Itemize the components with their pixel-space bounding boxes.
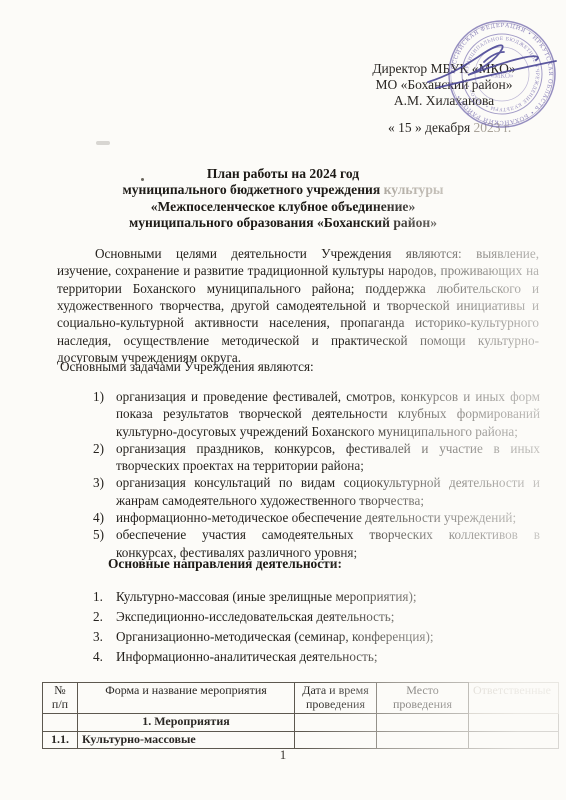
empty-cell (469, 732, 559, 749)
direction-item-text: Информационно-аналитическая деятельность… (116, 649, 378, 664)
task-item: организация и проведение фестивалей, смо… (93, 388, 540, 440)
scan-smudge (96, 141, 110, 145)
tasks-intro: Основными задачами Учреждения являются: (60, 359, 540, 375)
directions-list: Культурно-массовая (иные зрелищные мероп… (93, 588, 540, 668)
direction-item: Культурно-массовая (иные зрелищные мероп… (93, 588, 540, 605)
empty-cell (295, 714, 377, 732)
title-line-3: «Межпоселенческое клубное объединение» (0, 199, 566, 215)
empty-cell (295, 732, 377, 749)
plan-table: № п/п Форма и название мероприятия Дата … (42, 682, 559, 749)
title-line-4: муниципального образования «Боханский ра… (0, 215, 566, 231)
task-item-text: организация и проведение фестивалей, смо… (116, 389, 540, 439)
row-name-cell: Культурно-массовые (78, 732, 295, 749)
title-line-2-main: муниципального бюджетного учреждения (122, 182, 380, 197)
section-title-cell: 1. Мероприятия (78, 714, 295, 732)
empty-cell (377, 732, 469, 749)
task-item: организация консультаций по видам социок… (93, 474, 540, 509)
tasks-list: организация и проведение фестивалей, смо… (93, 388, 540, 561)
col-header-place: Место проведения (377, 683, 469, 714)
table-section-row: 1. Мероприятия (43, 714, 559, 732)
col-header-responsible: Ответственные (469, 683, 559, 714)
direction-item: Организационно-методическая (семинар, ко… (93, 628, 540, 645)
direction-item: Экспедиционно-исследовательская деятельн… (93, 608, 540, 625)
task-item-text: обеспечение участия самодеятельных творч… (116, 527, 540, 559)
table-row: 1.1. Культурно-массовые (43, 732, 559, 749)
task-item: информационно-методическое обеспечение д… (93, 509, 540, 526)
page-number: 1 (0, 747, 566, 763)
col-header-datetime: Дата и время проведения (295, 683, 377, 714)
document-page: Директор МБУК «МКО» МО «Боханский район»… (0, 0, 566, 800)
task-item-text: информационно-методическое обеспечение д… (116, 510, 516, 525)
title-line-2: муниципального бюджетного учреждения кул… (0, 182, 566, 198)
row-number-cell: 1.1. (43, 732, 78, 749)
empty-cell (469, 714, 559, 732)
directions-heading: Основные направления деятельности: (108, 556, 342, 572)
empty-cell (377, 714, 469, 732)
direction-item-text: Экспедиционно-исследовательская деятельн… (116, 609, 394, 624)
direction-item-text: Культурно-массовая (иные зрелищные мероп… (116, 589, 417, 604)
title-line-2-faded: культуры (384, 182, 444, 197)
document-title: План работы на 2024 год муниципального б… (0, 166, 566, 232)
col-header-number: № п/п (43, 683, 78, 714)
title-line-1: План работы на 2024 год (0, 166, 566, 182)
scan-speck (141, 178, 144, 181)
task-item-text: организация консультаций по видам социок… (116, 475, 540, 507)
goals-paragraph: Основными целями деятельности Учреждения… (57, 245, 539, 366)
table-header-row: № п/п Форма и название мероприятия Дата … (43, 683, 559, 714)
task-item-text: организация праздников, конкурсов, фести… (116, 441, 540, 473)
empty-cell (43, 714, 78, 732)
direction-item: Информационно-аналитическая деятельность… (93, 648, 540, 665)
col-header-event: Форма и название мероприятия (78, 683, 295, 714)
task-item: организация праздников, конкурсов, фести… (93, 440, 540, 475)
director-signature-icon (420, 32, 566, 98)
direction-item-text: Организационно-методическая (семинар, ко… (116, 629, 434, 644)
